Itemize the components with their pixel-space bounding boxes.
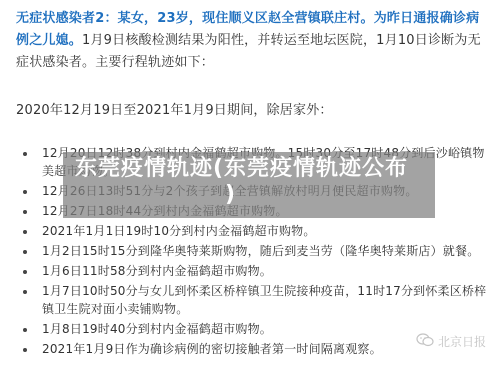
period-statement: 2020年12月19日至2021年1月9日期间，除居家外： (16, 100, 492, 122)
intro-paragraph: 无症状感染者2：某女，23岁，现住顺义区赵全营镇联庄村。为昨日通报确诊病例之儿媳… (16, 8, 492, 74)
intro-text: 1月9日核酸检测结果为阳性，并转运至地坛医院，1月10日诊断为无症状感染者。主要… (16, 33, 481, 70)
source-watermark: 北京日报 (416, 333, 486, 350)
overlay-title: 东莞疫情轨迹(东莞疫情轨迹公布 (75, 154, 408, 184)
overlay-title-continuation: ) (225, 180, 235, 210)
list-item: 1月6日11时58分到村内金福鹤超市购物。 (16, 262, 492, 280)
title-overlay-banner: 东莞疫情轨迹(东莞疫情轨迹公布 ) (63, 152, 435, 218)
list-item: 1月7日10时50分与女儿到怀柔区桥梓镇卫生院接种疫苗，11时17分到怀柔区桥梓… (16, 282, 492, 318)
list-item: 2021年1月1日19时10分到村内金福鹤超市购物。 (16, 222, 492, 240)
list-item: 1月2日15时15分到隆华奥特莱斯购物，随后到麦当劳（隆华奥特莱斯店）就餐。 (16, 242, 492, 260)
watermark-label: 北京日报 (438, 333, 486, 350)
wechat-icon (416, 333, 434, 350)
